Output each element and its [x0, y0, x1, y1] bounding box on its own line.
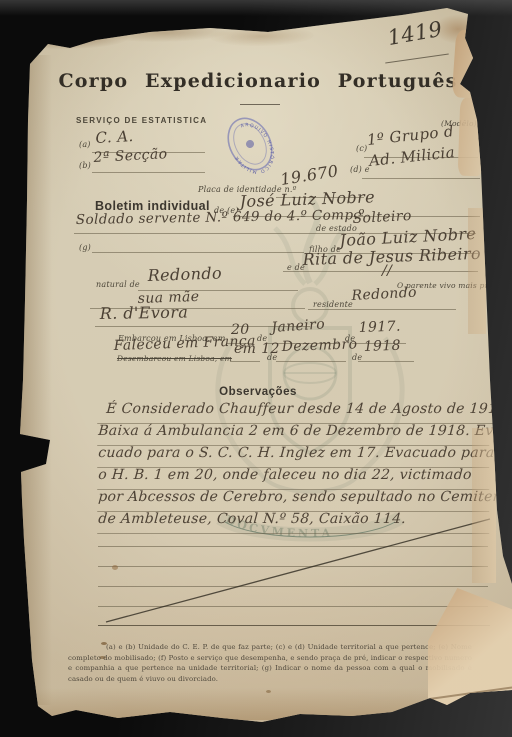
- scanned-document-view: DOCVMENTA 1419 Corpo Expedicionario Port…: [0, 0, 512, 737]
- document-paper: DOCVMENTA 1419 Corpo Expedicionario Port…: [0, 0, 512, 737]
- archive-stamp: ARQUIVO HISTÓRICO MILITAR: [219, 111, 281, 177]
- footnote: (a) e (b) Unidade do C. E. P. de que faz…: [68, 642, 472, 684]
